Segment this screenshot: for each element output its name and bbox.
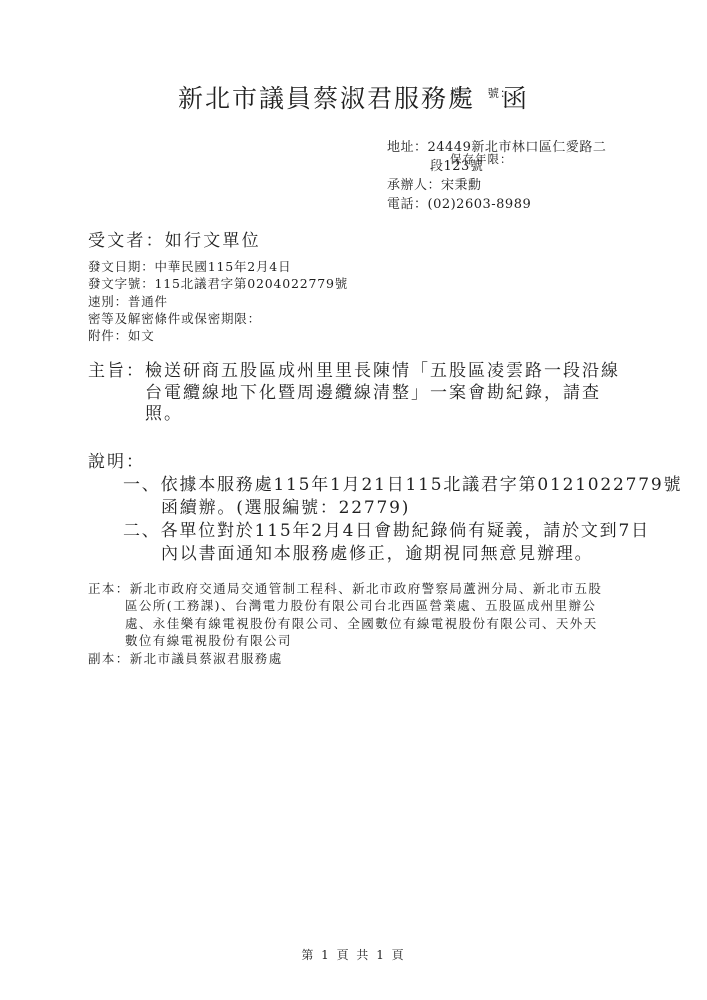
attachment-line: 附件：如文 [88,327,348,344]
sender-info-block: 地址：24449新北市林口區仁愛路二 段123號 承辦人：宋秉勳 電話：(02)… [387,138,606,214]
recipient-line: 受文者：如行文單位 [88,226,261,251]
security-line: 密等及解密條件或保密期限： [88,310,348,327]
subject-paragraph: 主旨：檢送研商五股區成州里里長陳情「五股區凌雲路一段沿線 台電纜線地下化暨周邊纜… [88,361,705,426]
contact-person-line: 承辦人：宋秉勳 [387,176,606,195]
description-item-2: 二、各單位對於115年2月4日會勘紀錄倘有疑義，請於文到7日 內以書面通知本服務… [123,520,703,566]
description-item-1: 一、依據本服務處115年1月21日115北議君字第0121022779號 函續辦… [123,474,703,520]
original-recipients: 正本：新北市政府交通局交通管制工程科、新北市政府警察局蘆洲分局、新北市五股 區公… [88,580,648,650]
copies-block: 正本：新北市政府交通局交通管制工程科、新北市政府警察局蘆洲分局、新北市五股 區公… [88,580,648,667]
speed-line: 速別：普通件 [88,293,348,310]
sender-address-line1: 地址：24449新北市林口區仁愛路二 [387,138,606,157]
cc-recipients: 副本：新北市議員蔡淑君服務處 [88,650,648,667]
description-heading: 說明： [88,447,145,472]
document-page: 檔 號： 保存年限： 新北市議員蔡淑君服務處 函 地址：24449新北市林口區仁… [0,0,707,1000]
sender-address-line2: 段123號 [387,157,606,176]
document-meta-block: 發文日期：中華民國115年2月4日 發文字號：115北議君字第020402277… [88,258,348,344]
description-items: 一、依據本服務處115年1月21日115北議君字第0121022779號 函續辦… [88,474,703,566]
phone-line: 電話：(02)2603-8989 [387,195,606,214]
issue-date-line: 發文日期：中華民國115年2月4日 [88,258,348,275]
document-title: 新北市議員蔡淑君服務處 函 [0,79,707,115]
page-footer: 第 1 頁 共 1 頁 [0,946,707,963]
doc-number-line: 發文字號：115北議君字第0204022779號 [88,275,348,292]
